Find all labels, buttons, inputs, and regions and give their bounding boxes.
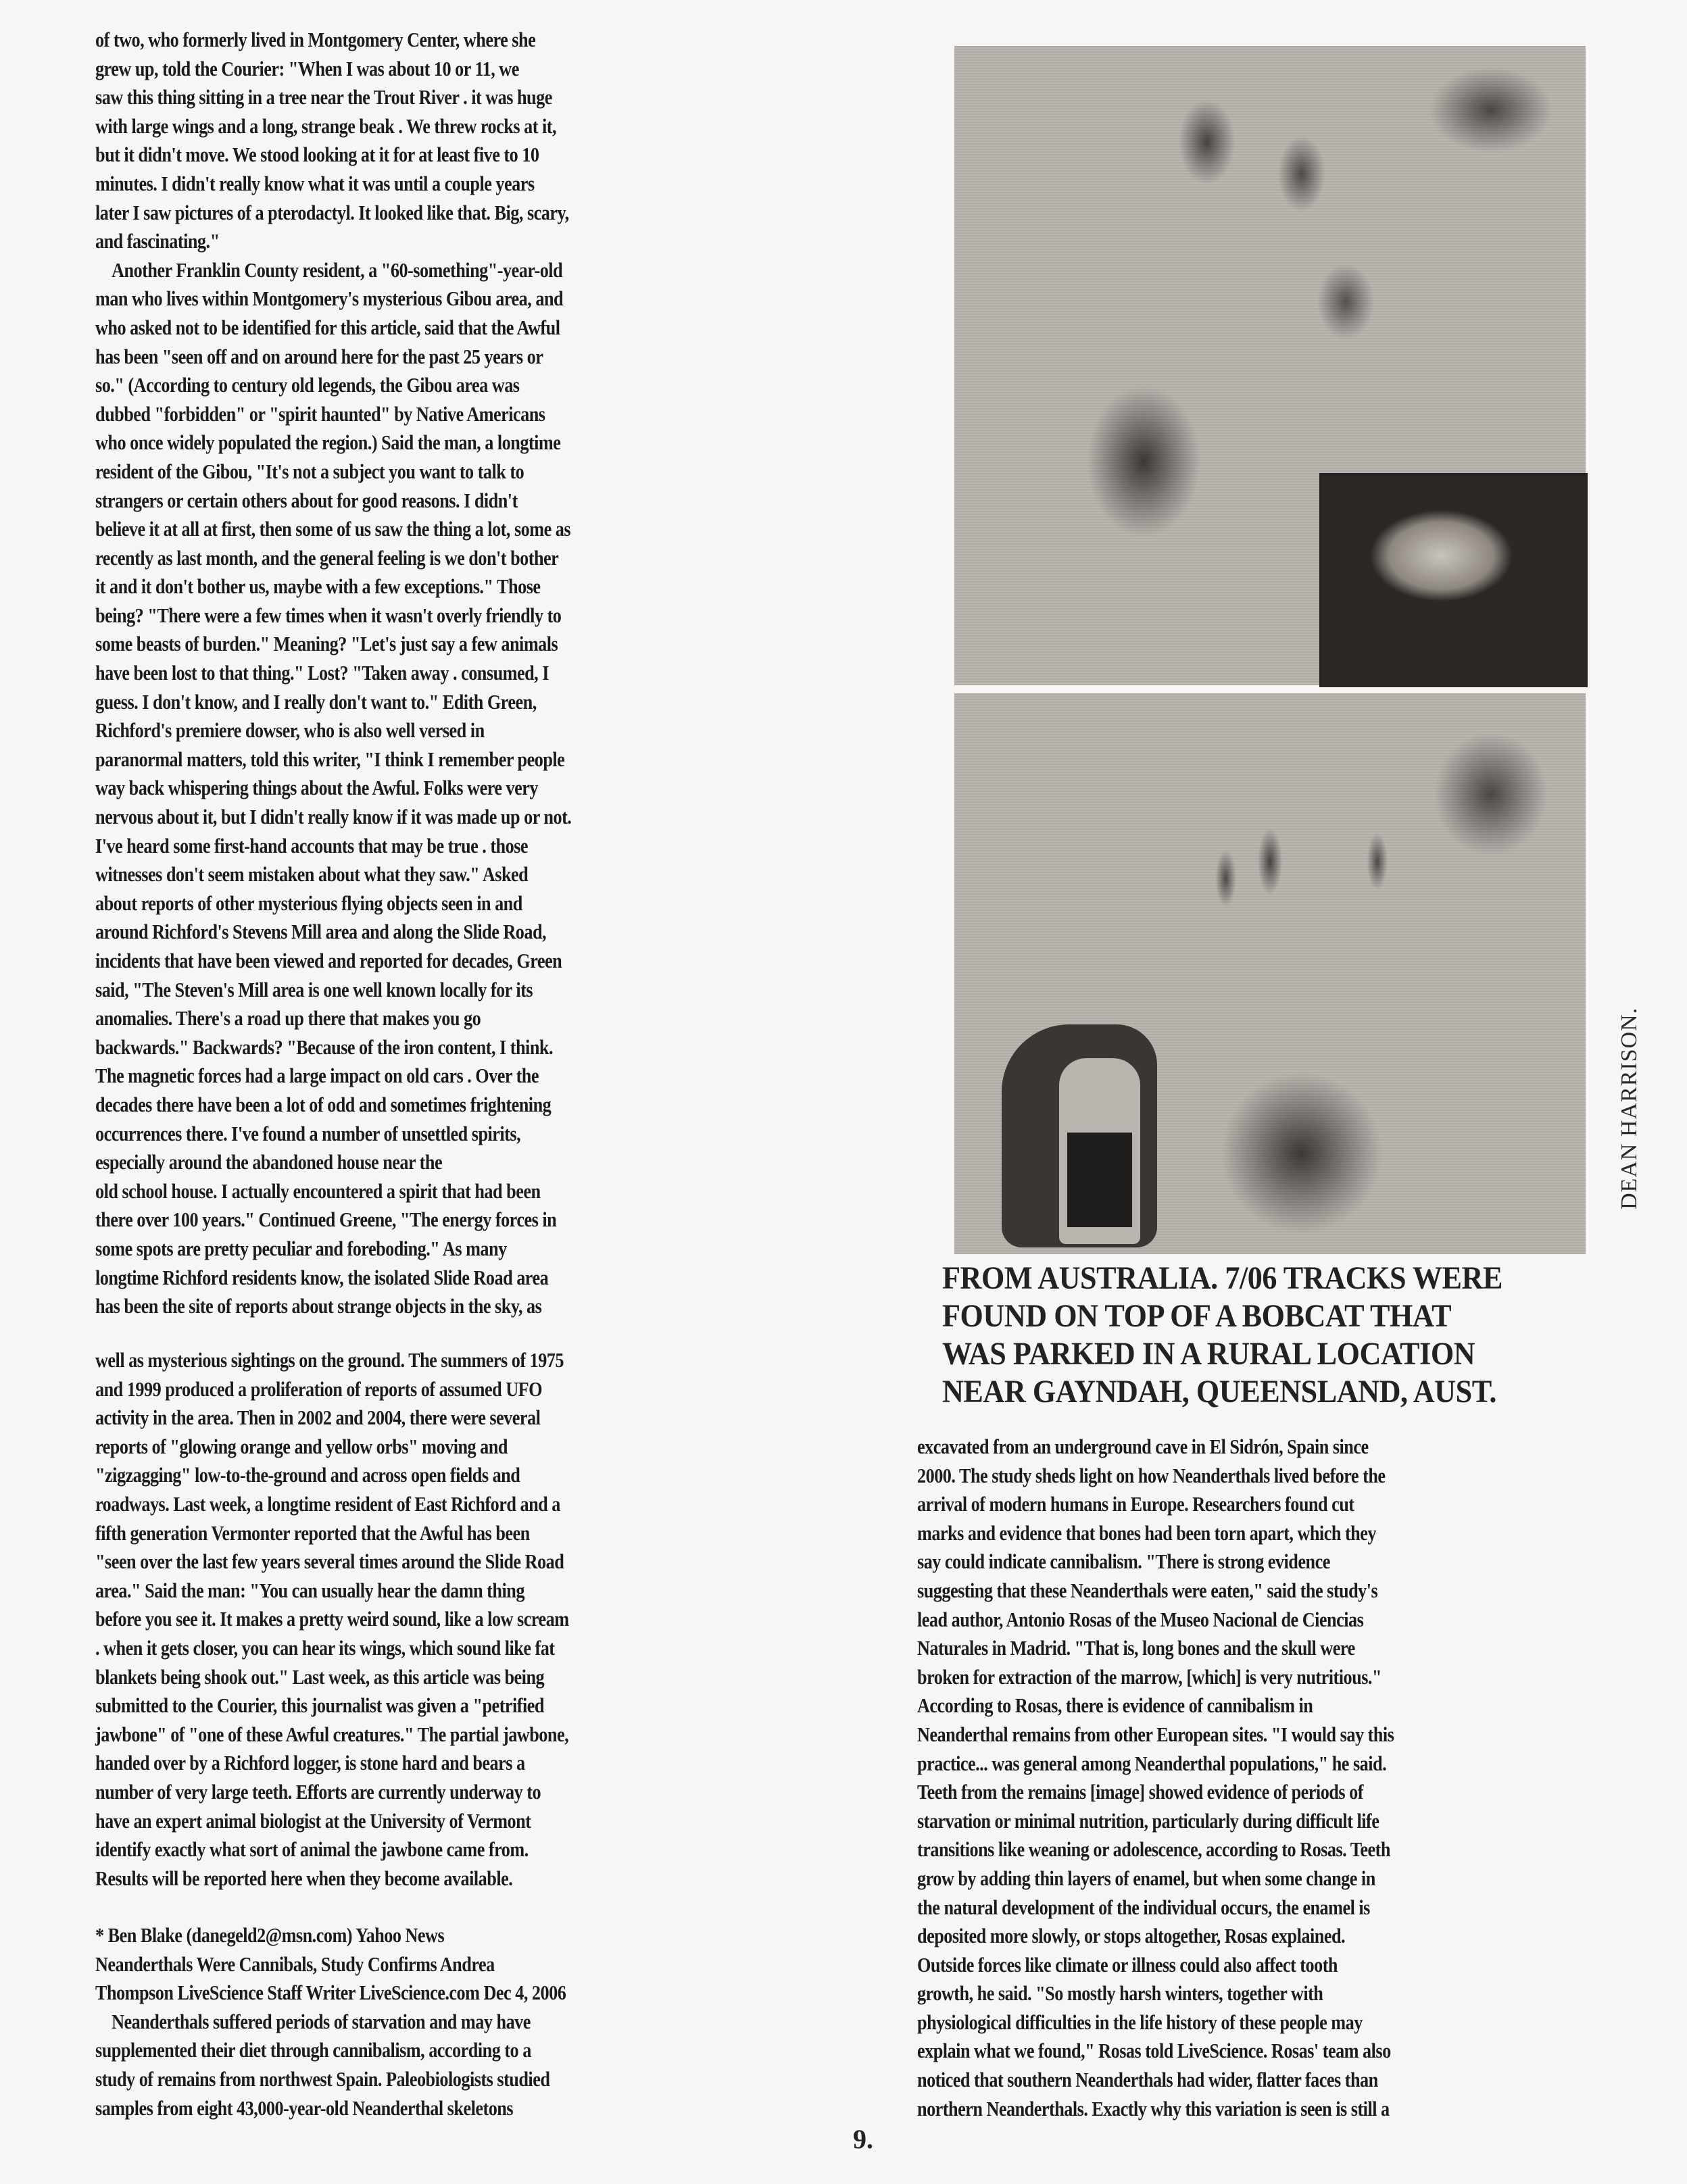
page-number: 9.: [853, 2123, 873, 2155]
text-line: incidents that have been viewed and repo…: [95, 947, 571, 976]
text-line: handed over by a Richford logger, is sto…: [95, 1749, 569, 1778]
text-line: guess. I don't know, and I really don't …: [95, 688, 571, 717]
text-line: supplemented their diet through cannibal…: [95, 2036, 566, 2065]
text-line: number of very large teeth. Efforts are …: [95, 1778, 569, 1807]
text-line: backwards." Backwards? "Because of the i…: [95, 1033, 571, 1062]
text-line: strangers or certain others about for go…: [95, 487, 571, 516]
text-line: witnesses don't seem mistaken about what…: [95, 860, 571, 889]
text-line: transitions like weaning or adolescence,…: [917, 1835, 1394, 1864]
text-line: marks and evidence that bones had been t…: [917, 1519, 1394, 1548]
text-line: The magnetic forces had a large impact o…: [95, 1062, 571, 1091]
text-line: resident of the Gibou, "It's not a subje…: [95, 457, 571, 487]
text-line: who asked not to be identified for this …: [95, 314, 571, 343]
text-line: "zigzagging" low-to-the-ground and acros…: [95, 1461, 569, 1490]
text-line: old school house. I actually encountered…: [95, 1177, 571, 1206]
text-line: and fascinating.": [95, 227, 571, 256]
text-line: it and it don't bother us, maybe with a …: [95, 572, 571, 601]
text-line: Richford's premiere dowser, who is also …: [95, 716, 571, 745]
text-line: starvation or minimal nutrition, particu…: [917, 1807, 1394, 1836]
text-line: study of remains from northwest Spain. P…: [95, 2065, 566, 2094]
text-line: anomalies. There's a road up there that …: [95, 1004, 571, 1033]
text-line: Neanderthals Were Cannibals, Study Confi…: [95, 1950, 566, 1979]
caption-line: FOUND ON TOP OF A BOBCAT THAT: [942, 1297, 1502, 1335]
text-line: activity in the area. Then in 2002 and 2…: [95, 1404, 569, 1433]
text-line: being? "There were a few times when it w…: [95, 601, 571, 630]
text-line: have been lost to that thing." Lost? "Ta…: [95, 659, 571, 688]
text-line: Teeth from the remains [image] showed ev…: [917, 1778, 1394, 1807]
text-line: grew up, told the Courier: "When I was a…: [95, 55, 571, 84]
text-line: According to Rosas, there is evidence of…: [917, 1691, 1394, 1720]
text-line: * Ben Blake (danegeld2@msn.com) Yahoo Ne…: [95, 1921, 566, 1950]
photo-caption: FROM AUSTRALIA. 7/06 TRACKS WERE FOUND O…: [942, 1260, 1502, 1411]
text-line: fifth generation Vermonter reported that…: [95, 1519, 569, 1548]
text-line: especially around the abandoned house ne…: [95, 1148, 571, 1177]
left-column-article: of two, who formerly lived in Montgomery…: [95, 26, 571, 1321]
text-line: decades there have been a lot of odd and…: [95, 1091, 571, 1120]
text-line: submitted to the Courier, this journalis…: [95, 1691, 569, 1720]
text-line: suggesting that these Neanderthals were …: [917, 1577, 1394, 1606]
text-line: later I saw pictures of a pterodactyl. I…: [95, 199, 571, 228]
text-line: reports of "glowing orange and yellow or…: [95, 1433, 569, 1462]
text-line: physiological difficulties in the life h…: [917, 2008, 1394, 2037]
text-line: I've heard some first-hand accounts that…: [95, 832, 571, 861]
text-line: . when it gets closer, you can hear its …: [95, 1634, 569, 1663]
text-line: there over 100 years." Continued Greene,…: [95, 1206, 571, 1235]
text-line: around Richford's Stevens Mill area and …: [95, 918, 571, 947]
text-line: believe it at all at first, then some of…: [95, 515, 571, 544]
text-line: longtime Richford residents know, the is…: [95, 1264, 571, 1293]
text-line: the natural development of the individua…: [917, 1893, 1394, 1922]
text-line: grow by adding thin layers of enamel, bu…: [917, 1864, 1394, 1893]
right-column-article: excavated from an underground cave in El…: [917, 1433, 1394, 2123]
text-line: but it didn't move. We stood looking at …: [95, 141, 571, 170]
text-line: identify exactly what sort of animal the…: [95, 1835, 569, 1864]
caption-line: WAS PARKED IN A RURAL LOCATION: [942, 1335, 1502, 1373]
text-line: blankets being shook out." Last week, as…: [95, 1663, 569, 1692]
text-line: before you see it. It makes a pretty wei…: [95, 1605, 569, 1634]
text-line: noticed that southern Neanderthals had w…: [917, 2066, 1394, 2095]
text-line: has been the site of reports about stran…: [95, 1292, 571, 1321]
text-line: arrival of modern humans in Europe. Rese…: [917, 1490, 1394, 1519]
photo-credit: DEAN HARRISON.: [1617, 1008, 1642, 1210]
inset-cast-photo: [1319, 473, 1588, 687]
text-line: some beasts of burden." Meaning? "Let's …: [95, 630, 571, 659]
text-line: dubbed "forbidden" or "spirit haunted" b…: [95, 400, 571, 429]
text-line: Thompson LiveScience Staff Writer LiveSc…: [95, 1979, 566, 2008]
text-line: Another Franklin County resident, a "60-…: [95, 256, 571, 285]
text-line: occurrences there. I've found a number o…: [95, 1120, 571, 1149]
text-line: man who lives within Montgomery's myster…: [95, 284, 571, 314]
left-column-neanderthal-article: * Ben Blake (danegeld2@msn.com) Yahoo Ne…: [95, 1921, 566, 2123]
phone-body: [1059, 1058, 1140, 1244]
caption-line: FROM AUSTRALIA. 7/06 TRACKS WERE: [942, 1260, 1502, 1297]
text-line: jawbone" of "one of these Awful creature…: [95, 1720, 569, 1749]
text-line: deposited more slowly, or stops altogeth…: [917, 1922, 1394, 1951]
text-line: samples from eight 43,000-year-old Neand…: [95, 2094, 566, 2123]
text-line: who once widely populated the region.) S…: [95, 428, 571, 457]
text-line: with large wings and a long, strange bea…: [95, 112, 571, 141]
text-line: some spots are pretty peculiar and foreb…: [95, 1235, 571, 1264]
text-line: Naturales in Madrid. "That is, long bone…: [917, 1634, 1394, 1663]
text-line: northern Neanderthals. Exactly why this …: [917, 2095, 1394, 2124]
text-line: Neanderthals suffered periods of starvat…: [95, 2008, 566, 2037]
text-line: minutes. I didn't really know what it wa…: [95, 170, 571, 199]
text-line: recently as last month, and the general …: [95, 544, 571, 573]
text-line: about reports of other mysterious flying…: [95, 889, 571, 918]
text-line: roadways. Last week, a longtime resident…: [95, 1490, 569, 1519]
text-line: growth, he said. "So mostly harsh winter…: [917, 1979, 1394, 2008]
text-line: has been "seen off and on around here fo…: [95, 343, 571, 372]
text-line: paranormal matters, told this writer, "I…: [95, 745, 571, 774]
text-line: broken for extraction of the marrow, [wh…: [917, 1663, 1394, 1692]
text-line: Neanderthal remains from other European …: [917, 1720, 1394, 1749]
text-line: 2000. The study sheds light on how Neand…: [917, 1462, 1394, 1491]
text-line: so." (According to century old legends, …: [95, 371, 571, 400]
left-column-article-continued: well as mysterious sightings on the grou…: [95, 1346, 569, 1893]
mobile-phone-image: [1002, 1024, 1157, 1247]
text-line: excavated from an underground cave in El…: [917, 1433, 1394, 1462]
tracks-photo-top: [954, 46, 1586, 685]
text-line: have an expert animal biologist at the U…: [95, 1807, 569, 1836]
text-line: way back whispering things about the Awf…: [95, 774, 571, 803]
text-line: explain what we found," Rosas told LiveS…: [917, 2037, 1394, 2066]
text-line: Results will be reported here when they …: [95, 1864, 569, 1893]
text-line: say could indicate cannibalism. "There i…: [917, 1547, 1394, 1577]
text-line: well as mysterious sightings on the grou…: [95, 1346, 569, 1375]
text-line: Outside forces like climate or illness c…: [917, 1951, 1394, 1980]
text-line: area." Said the man: "You can usually he…: [95, 1577, 569, 1606]
tracks-photo-bottom: [954, 693, 1586, 1254]
text-line: saw this thing sitting in a tree near th…: [95, 83, 571, 112]
caption-line: NEAR GAYNDAH, QUEENSLAND, AUST.: [942, 1373, 1502, 1411]
text-line: said, "The Steven's Mill area is one wel…: [95, 976, 571, 1005]
text-line: practice... was general among Neandertha…: [917, 1749, 1394, 1779]
text-line: and 1999 produced a proliferation of rep…: [95, 1375, 569, 1404]
phone-screen: [1067, 1133, 1132, 1227]
text-line: "seen over the last few years several ti…: [95, 1547, 569, 1577]
text-line: lead author, Antonio Rosas of the Museo …: [917, 1606, 1394, 1635]
text-line: nervous about it, but I didn't really kn…: [95, 803, 571, 832]
text-line: of two, who formerly lived in Montgomery…: [95, 26, 571, 55]
